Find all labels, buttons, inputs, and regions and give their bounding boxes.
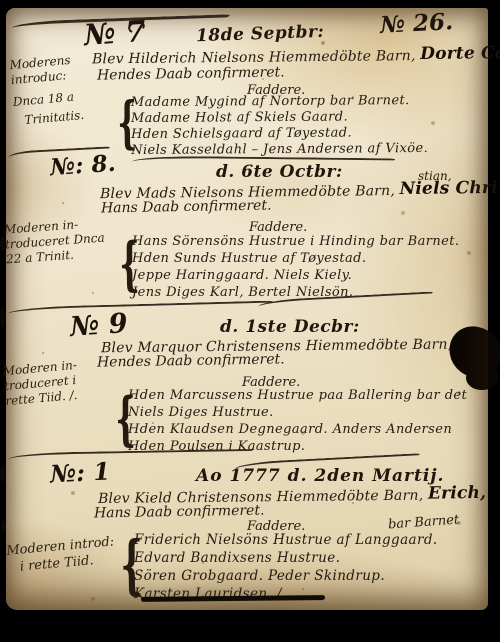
entry-body-line: Blev Hilderich Nielsons Hiemmedöbte Barn… — [92, 44, 500, 69]
faddere-line: Jens Diges Karl, Bertel Nielsön. — [132, 284, 459, 301]
entry-number: № 7 — [83, 14, 147, 52]
entry-date: Ao 1777 d. 2den Martij. — [196, 466, 444, 486]
confirmation-line: Hans Daab confirmeret. — [94, 503, 265, 522]
faddere-list: Hans Sörensöns Hustrue i Hinding bar Bar… — [132, 233, 459, 301]
paper-specks — [0, 0, 2, 2]
faddere-line: Hden Poulsen i Kaastrup. — [128, 438, 467, 455]
register-page-scan: № 26. № 7 18de Septbr: Blev Hilderich Ni… — [0, 0, 500, 642]
faddere-line: Hden Sunds Hustrue af Tøyestad. — [132, 250, 459, 267]
faddere-line: Hden Marcussens Hustrue paa Ballering ba… — [128, 387, 467, 404]
confirmation-line: Hans Daab confirmeret. — [101, 198, 272, 217]
faddere-line: Sören Grobgaard. Peder Skindrup. — [134, 567, 438, 585]
edge-ink-mark — [0, 466, 6, 482]
faddere-line: Jeppe Haringgaard. Niels Kiely. — [132, 267, 459, 284]
faddere-line: Niels Kasseldahl – Jens Andersen af Vixö… — [131, 141, 428, 159]
faddere-line: Edvard Bandixsens Hustrue. — [134, 549, 438, 567]
entry-date: d. 6te Octbr: — [216, 162, 343, 182]
confirmation-line: Hendes Daab confirmeret. — [97, 351, 285, 370]
margin-note: Moderen in- troduceret i rette Tiid. /. — [2, 358, 80, 409]
entry-number: №: 1 — [49, 456, 110, 488]
child-name: Niels Chri: — [400, 178, 500, 199]
faddere-line: Hden Klaudsen Degnegaard. Anders Anderse… — [128, 421, 467, 438]
folio-number: № 26. — [379, 8, 453, 39]
edge-ink-mark — [0, 308, 5, 328]
margin-note-line: Dnca 18 a — [12, 89, 83, 110]
faddere-line: Friderich Nielsöns Hustrue af Langgaard. — [134, 531, 438, 549]
faddere-list: Hden Marcussens Hustrue paa Ballering ba… — [128, 387, 467, 455]
entry-number: №: 8. — [49, 150, 116, 182]
confirmation-line: Hendes Daab confirmeret. — [97, 64, 285, 83]
margin-note: Moderens introduc: Dnca 18 a Trinitatis. — [9, 52, 85, 129]
margin-note: Moderen in- troduceret Dnca 22 a Trinit. — [4, 216, 107, 268]
faddere-list: Friderich Nielsöns Hustrue af Langgaard.… — [134, 531, 438, 603]
faddere-line: Madame Mygind af Nortorp bar Barnet. — [131, 93, 428, 111]
faddere-list: Madame Mygind af Nortorp bar Barnet. Mad… — [131, 93, 428, 159]
edge-ink-mark — [1, 520, 6, 533]
faddere-line: Niels Diges Hustrue. — [128, 404, 467, 421]
faddere-line: Hans Sörensöns Hustrue i Hinding bar Bar… — [132, 233, 459, 250]
ink-blot — [466, 364, 498, 390]
child-name: Dorte Catrine — [420, 43, 500, 64]
child-name: Erich, — [428, 483, 486, 504]
